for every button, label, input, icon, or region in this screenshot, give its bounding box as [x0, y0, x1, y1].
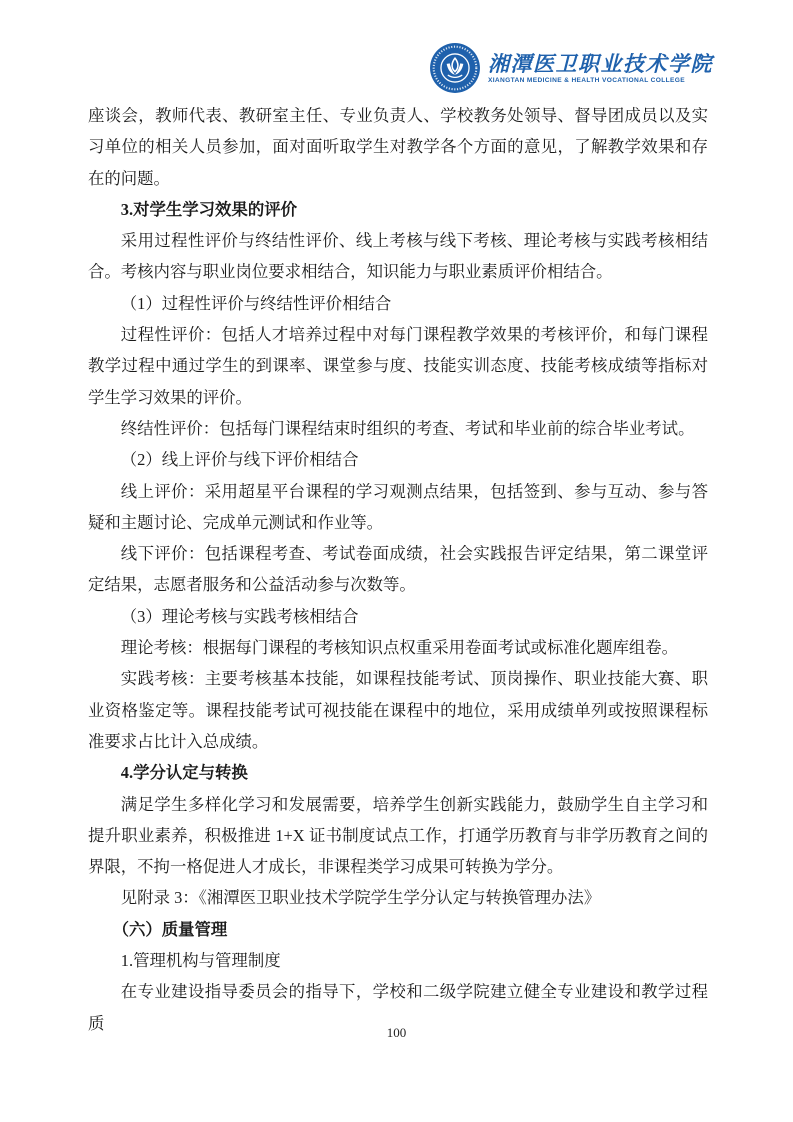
document-page: 湘潭医卫职业技术学院 XIANGTAN MEDICINE & HEALTH VO…: [0, 0, 793, 1122]
college-logo: 湘潭医卫职业技术学院 XIANGTAN MEDICINE & HEALTH VO…: [429, 40, 713, 96]
section-heading: （六）质量管理: [88, 914, 708, 945]
page-number: 100: [0, 1025, 793, 1041]
paragraph: （3）理论考核与实践考核相结合: [88, 601, 708, 632]
paragraph: 实践考核：主要考核基本技能，如课程技能考试、顶岗操作、职业技能大赛、职业资格鉴定…: [88, 663, 708, 757]
paragraph: 满足学生多样化学习和发展需要，培养学生创新实践能力，鼓励学生自主学习和提升职业素…: [88, 789, 708, 883]
paragraph: 见附录 3：《湘潭医卫职业技术学院学生学分认定与转换管理办法》: [88, 882, 708, 913]
paragraph: 过程性评价：包括人才培养过程中对每门课程教学效果的考核评价，和每门课程教学过程中…: [88, 319, 708, 413]
college-name-zh: 湘潭医卫职业技术学院: [488, 52, 713, 76]
paragraph: 1.管理机构与管理制度: [88, 945, 708, 976]
college-emblem-icon: [429, 42, 481, 94]
paragraph: 理论考核：根据每门课程的考核知识点权重采用卷面考试或标准化题库组卷。: [88, 632, 708, 663]
paragraph: 线上评价：采用超星平台课程的学习观测点结果，包括签到、参与互动、参与答疑和主题讨…: [88, 476, 708, 539]
section-heading: 4.学分认定与转换: [88, 757, 708, 788]
paragraph: 采用过程性评价与终结性评价、线上考核与线下考核、理论考核与实践考核相结合。考核内…: [88, 225, 708, 288]
college-name-en: XIANGTAN MEDICINE & HEALTH VOCATIONAL CO…: [488, 76, 713, 85]
document-body: 座谈会，教师代表、教研室主任、专业负责人、学校教务处领导、督导团成员以及实习单位…: [88, 100, 708, 1039]
paragraph: （2）线上评价与线下评价相结合: [88, 444, 708, 475]
college-name-block: 湘潭医卫职业技术学院 XIANGTAN MEDICINE & HEALTH VO…: [488, 52, 713, 85]
paragraph: 座谈会，教师代表、教研室主任、专业负责人、学校教务处领导、督导团成员以及实习单位…: [88, 100, 708, 194]
paragraph: 线下评价：包括课程考查、考试卷面成绩，社会实践报告评定结果，第二课堂评定结果，志…: [88, 538, 708, 601]
section-heading: 3.对学生学习效果的评价: [88, 194, 708, 225]
paragraph: （1）过程性评价与终结性评价相结合: [88, 288, 708, 319]
paragraph: 终结性评价：包括每门课程结束时组织的考查、考试和毕业前的综合毕业考试。: [88, 413, 708, 444]
